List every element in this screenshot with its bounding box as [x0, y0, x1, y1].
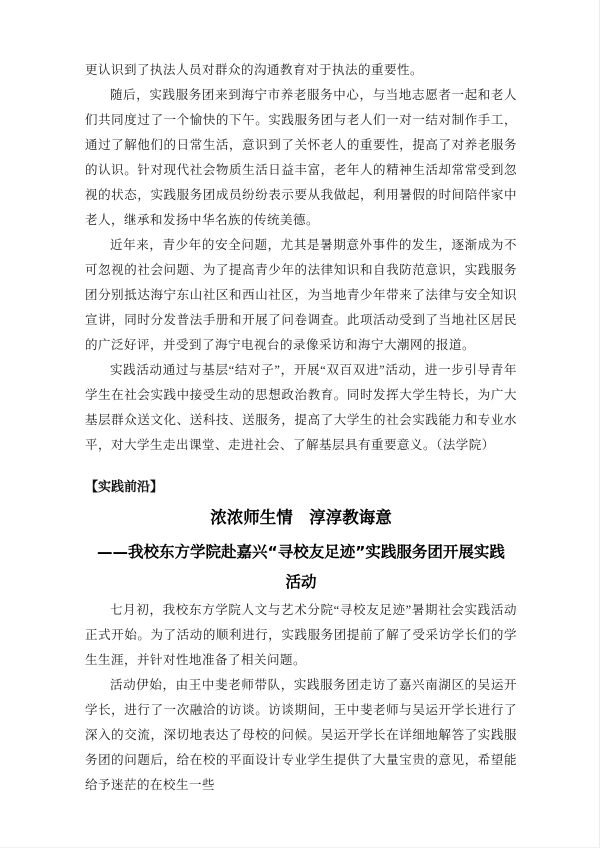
article-paragraph-interview: 活动伊始，由王中斐老师带队，实践服务团走访了嘉兴南湖区的吴运开学长，进行了一次融… [85, 673, 517, 798]
body-paragraph-elder-care: 随后，实践服务团来到海宁市养老服务中心，与当地志愿者一起和老人们共同度过了一个愉… [85, 83, 517, 233]
article-title: 浓浓师生情 淳淳教诲意 [85, 504, 517, 532]
body-paragraph-youth-safety: 近年来，青少年的安全问题，尤其是暑期意外事件的发生，逐渐成为不可忽视的社会问题、… [85, 233, 517, 358]
article-subtitle: ——我校东方学院赴嘉兴“寻校友足迹”实践服务团开展实践 活动 [85, 537, 517, 597]
article-paragraph-intro: 七月初，我校东方学院人文与艺术分院“寻校友足迹”暑期社会实践活动正式开始。为了活… [85, 598, 517, 673]
body-paragraph-summary: 实践活动通过与基层“结对子”，开展“双百双进”活动，进一步引导青年学生在社会实践… [85, 358, 517, 458]
document-page: 更认识到了执法人员对群众的沟通教育对于执法的重要性。 随后，实践服务团来到海宁市… [0, 0, 600, 848]
body-paragraph-continuation: 更认识到了执法人员对群众的沟通教育对于执法的重要性。 [85, 58, 517, 83]
article-subtitle-line-1: ——我校东方学院赴嘉兴“寻校友足迹”实践服务团开展实践 [85, 537, 517, 567]
article-subtitle-line-2: 活动 [85, 567, 517, 597]
section-header: 【实践前沿】 [85, 474, 517, 499]
